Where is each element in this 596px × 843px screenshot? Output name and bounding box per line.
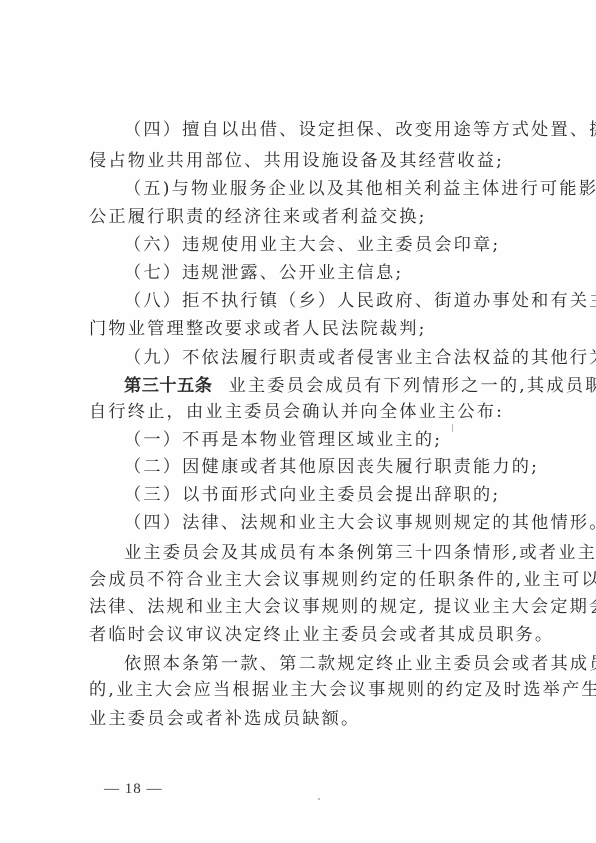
clause-item-4-line-1: （四）擅自以出借、设定担保、改变用途等方式处置、挪用、 [124, 119, 529, 141]
article-35-item-2: （二）因健康或者其他原因丧失履行职责能力的; [124, 456, 529, 478]
article-35-item-3: （三）以书面形式向业主委员会提出辞职的; [124, 484, 529, 506]
scan-artifact [452, 424, 453, 432]
paragraph-2-line-1: 业主委员会及其成员有本条例第三十四条情形,或者业主委员 [124, 542, 529, 564]
clause-item-9: （九）不依法履行职责或者侵害业主合法权益的其他行为。 [124, 347, 529, 369]
paragraph-2-line-2: 会成员不符合业主大会议事规则约定的任职条件的,业主可以依照 [89, 569, 529, 591]
paragraph-2-line-4: 者临时会议审议决定终止业主委员会或者其成员职务。 [89, 624, 529, 646]
clause-item-4-line-2: 侵占物业共用部位、共用设施设备及其经营收益; [89, 150, 529, 172]
clause-item-8-line-2: 门物业管理整改要求或者人民法院裁判; [89, 318, 529, 340]
clause-item-6: （六）违规使用业主大会、业主委员会印章; [124, 234, 529, 256]
article-35-line-2: 自行终止，由业主委员会确认并向全体业主公布: [89, 401, 529, 423]
article-35-item-1: （一）不再是本物业管理区域业主的; [124, 429, 529, 451]
paragraph-3-line-2: 的,业主大会应当根据业主大会议事规则的约定及时选举产生新的 [89, 679, 529, 701]
page-number: — 18 — [104, 779, 163, 799]
paragraph-2-line-3: 法律、法规和业主大会议事规则的规定, 提议业主大会定期会议或 [89, 596, 529, 618]
article-35-item-4: （四）法律、法规和业主大会议事规则规定的其他情形。 [124, 512, 529, 534]
clause-item-8-line-1: （八）拒不执行镇（乡）人民政府、街道办事处和有关主管部 [124, 290, 529, 312]
clause-item-5-line-1: （五)与物业服务企业以及其他相关利益主体进行可能影响其 [124, 178, 529, 200]
clause-item-7: （七）违规泄露、公开业主信息; [124, 262, 529, 284]
scan-artifact [318, 798, 320, 800]
paragraph-3-line-3: 业主委员会或者补选成员缺额。 [89, 708, 529, 730]
clause-item-5-line-2: 公正履行职责的经济往来或者利益交换; [89, 206, 529, 228]
article-35-line-1: 第三十五条业主委员会成员有下列情形之一的,其成员职务 [124, 375, 529, 397]
article-35-heading: 第三十五条 [124, 376, 212, 396]
paragraph-3-line-1: 依照本条第一款、第二款规定终止业主委员会或者其成员职务 [124, 653, 529, 675]
article-35-intro: 业主委员会成员有下列情形之一的,其成员职务 [228, 376, 596, 396]
document-page: （四）擅自以出借、设定担保、改变用途等方式处置、挪用、 侵占物业共用部位、共用设… [0, 0, 596, 843]
